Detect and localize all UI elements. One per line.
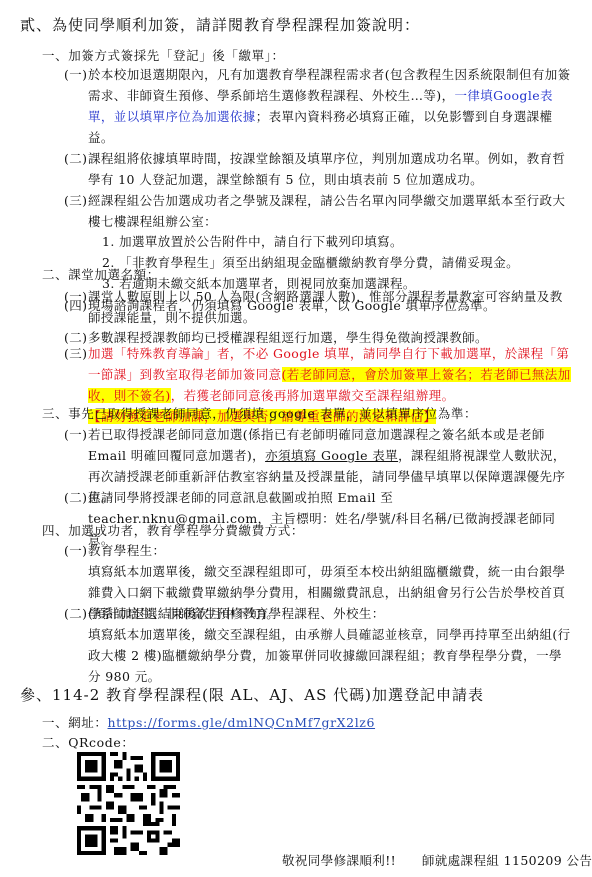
item-2-heading: 二、課堂加選名額： <box>42 265 160 283</box>
sub-text: 填寫紙本加選單後，繳交至課程組，由承辦人員確認並核章，同學再持單至出納組(行政大… <box>88 624 574 687</box>
sub-number: (二) <box>64 487 87 508</box>
sub-text: 經課程組公告加選成功者之學號及課程，請公告名單內同學繳交加選單紙本至行政大樓七樓… <box>88 190 574 232</box>
footer-signature: 敬祝同學修課順利!! 師就處課程組 1150209 公告 <box>282 851 592 869</box>
sub-number: (三) <box>64 343 87 364</box>
section-3-title: 參、114-2 教育學程課程(限 AL、AJ、AS 代碼)加選登記申請表 <box>20 684 484 705</box>
url-row: 一、網址：https://forms.gle/dmlNQCnMf7grX2lz6 <box>42 713 375 731</box>
item-4-heading: 四、加選成功者，教育學程學分費繳費方式： <box>42 521 304 539</box>
sub-number: (一) <box>64 540 87 561</box>
sub-number: (一) <box>64 286 87 307</box>
item-4-sub-2: (二) 學系師培生、非師資生預修教育學程課程、外校生： 填寫紙本加選單後，繳交至… <box>64 603 574 687</box>
url-label: 一、網址： <box>42 715 108 730</box>
section-2-title: 貳、為使同學順利加簽，請詳閱教育學程課程加簽說明： <box>20 14 420 35</box>
form-url-link[interactable]: https://forms.gle/dmlNQCnMf7grX2lz6 <box>108 715 376 730</box>
underlined-emphasis-text: 亦須填寫 Google 表單 <box>265 448 398 463</box>
sub-number: (三) <box>64 190 87 211</box>
sub-title: 教育學程生： <box>88 540 574 561</box>
item-1-sub-1: (一) 於本校加退選期限內，凡有加選教育學程課程需求者(包含教程生因系統限制但有… <box>64 64 574 148</box>
qr-label: 二、QRcode： <box>42 733 135 751</box>
sub-number: (一) <box>64 424 87 445</box>
sub-number: (二) <box>64 603 87 624</box>
item-1-heading: 一、加簽方式簽採先「登記」後「繳單」： <box>42 46 285 64</box>
sub-number: (一) <box>64 64 87 85</box>
sub-title: 學系師培生、非師資生預修教育學程課程、外校生： <box>88 603 574 624</box>
item-2-sub-1: (一) 課堂人數原則上以 50 人為限(含網路選課人數)，惟部分課程考量教室可容… <box>64 286 574 328</box>
qr-code-image[interactable] <box>77 752 180 855</box>
item-3-heading: 三、事先已取得授課老師同意，仍須填 google 表單，並以填單序位為準： <box>42 404 477 422</box>
sub-number: (二) <box>64 148 87 169</box>
list-item: 1. 加選單放置於公告附件中，請自行下載列印填寫。 <box>102 232 403 250</box>
red-notice-text-cont: ，若獲老師同意後再將加選單繳交至課程組辦理。 <box>171 388 455 403</box>
list-item: 2. 「非教育學程生」須至出納組現金臨櫃繳納教育學分費，請備妥現金。 <box>102 253 519 271</box>
item-1-sub-3: (三) 經課程組公告加選成功者之學號及課程，請公告名單內同學繳交加選單紙本至行政… <box>64 190 574 232</box>
item-1-sub-2: (二) 課程組將依據填單時間，按課堂餘額及填單序位，判別加選成功名單。例如，教育… <box>64 148 574 190</box>
sub-text: 課程組將依據填單時間，按課堂餘額及填單序位，判別加選成功名單。例如，教育哲學有 … <box>88 148 574 190</box>
sub-text: 課堂人數原則上以 50 人為限(含網路選課人數)，惟部分課程考量教室可容納量及教… <box>88 286 574 328</box>
